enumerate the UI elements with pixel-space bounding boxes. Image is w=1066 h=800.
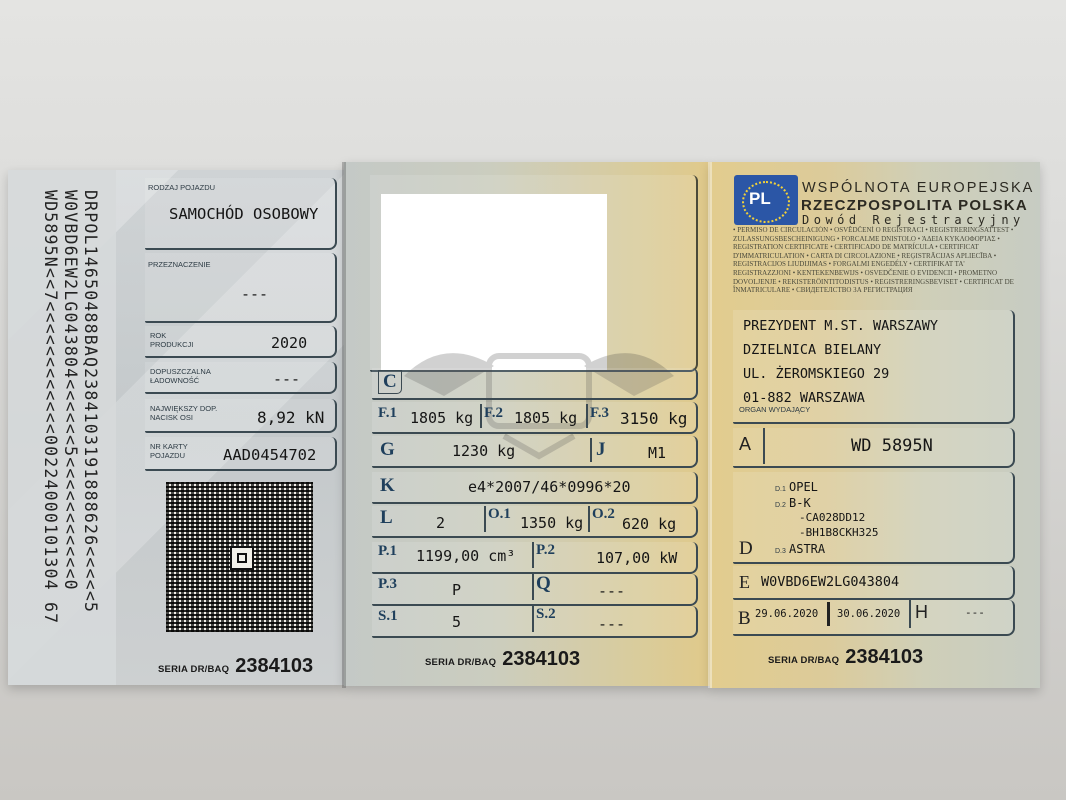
- vehicle-card-number-value: AAD0454702: [223, 446, 316, 464]
- Q-value: ---: [598, 582, 625, 600]
- payload-value: ---: [273, 370, 300, 388]
- F3-value: 3150 kg: [620, 409, 687, 428]
- O1-value: 1350 kg: [520, 514, 583, 532]
- fold-line: [708, 162, 712, 688]
- series-left: SERIA DR/BAQ2384103: [158, 655, 313, 678]
- O2-value: 620 kg: [622, 515, 676, 533]
- fold-line: [342, 162, 346, 688]
- field-B-I-H-dates: B 29.06.2020 30.06.2020 H ---: [733, 600, 1015, 636]
- redacted-photo: [381, 194, 607, 370]
- field-L-O: L 2 O.1 1350 kg O.2 620 kg: [372, 506, 698, 538]
- make-value: OPEL: [789, 480, 818, 494]
- registration-number-value: WD 5895N: [851, 436, 933, 456]
- field-F: F.1 1805 kg F.2 1805 kg F.3 3150 kg: [372, 402, 698, 434]
- L-value: 2: [436, 514, 445, 532]
- H-value: ---: [965, 606, 985, 619]
- field-axle-load: Największy dop. nacisk osi 8,92 kN: [145, 399, 337, 433]
- series-middle: SERIA DR/BAQ2384103: [425, 648, 580, 671]
- field-production-year: Rok produkcji 2020: [145, 326, 337, 358]
- field-P1-P2: P.1 1199,00 cm³ P.2 107,00 kW: [372, 542, 698, 574]
- multilingual-title-text: • Permiso de circulación • Osvědčení o r…: [733, 226, 1016, 298]
- qr-code: [166, 482, 313, 632]
- K-value: e4*2007/46*0996*20: [468, 478, 631, 496]
- P2-value: 107,00 kW: [596, 549, 677, 567]
- type-value: B-K: [789, 496, 811, 510]
- field-S: S.1 5 S.2 ---: [372, 606, 698, 638]
- mrz-zone: DRPOL14650488BAQ2384103191888626<<<<<5 W…: [20, 190, 110, 660]
- mrz-line-1: DRPOL14650488BAQ2384103191888626<<<<<5: [81, 190, 100, 613]
- field-payload: Dopuszczalna ładowność ---: [145, 362, 337, 394]
- field-D-make-model: D D.1 OPEL D.2 B-K -CA028DD12 -BH1B8CKH3…: [733, 472, 1015, 564]
- field-issuing-authority: PREZYDENT M.ST. WARSZAWY DZIELNICA BIELA…: [733, 310, 1015, 424]
- field-A-registration-number: A WD 5895N: [733, 428, 1015, 468]
- qr-finder-icon: [230, 546, 254, 570]
- field-K: K e4*2007/46*0996*20: [372, 472, 698, 504]
- J-value: M1: [648, 444, 666, 462]
- header-document-title: Dowód Rejestracyjny: [802, 213, 1025, 227]
- model-value: ASTRA: [789, 542, 825, 556]
- issue-date: 30.06.2020: [837, 608, 900, 620]
- purpose-value: ---: [241, 285, 268, 303]
- axle-load-value: 8,92 kN: [257, 408, 324, 427]
- header-eu: WSPÓLNOTA EUROPEJSKA: [802, 180, 1034, 196]
- field-vehicle-card-number: Nr karty pojazdu AAD0454702: [145, 437, 337, 471]
- first-registration-date: 29.06.2020: [755, 608, 818, 620]
- P3-value: P: [452, 581, 461, 599]
- P1-value: 1199,00 cm³: [416, 547, 515, 565]
- F2-value: 1805 kg: [514, 409, 577, 427]
- field-vehicle-type: Rodzaj pojazdu SAMOCHÓD OSOBOWY: [145, 178, 337, 250]
- mrz-line-3: WD5895N<<7<<<<<<<<<<<<00224000101304 67: [41, 190, 60, 624]
- mrz-line-2: W0VBD6EW2LG043804<<<<<<5<<<<<<<<<<<0: [61, 190, 80, 591]
- vin-value: W0VBD6EW2LG043804: [761, 574, 899, 590]
- F1-value: 1805 kg: [410, 409, 473, 427]
- field-E-vin: E W0VBD6EW2LG043804: [733, 566, 1015, 600]
- S1-value: 5: [452, 613, 461, 631]
- S2-value: ---: [598, 615, 625, 633]
- vehicle-type-value: SAMOCHÓD OSOBOWY: [169, 205, 318, 223]
- field-purpose: Przeznaczenie ---: [145, 253, 337, 323]
- header-country: RZECZPOSPOLITA POLSKA: [801, 197, 1028, 214]
- series-right: SERIA DR/BAQ2384103: [768, 646, 923, 669]
- G-value: 1230 kg: [452, 442, 515, 460]
- field-G-J: G 1230 kg J M1: [372, 436, 698, 468]
- eu-flag-icon: PL: [734, 175, 798, 225]
- field-C: C: [372, 368, 698, 400]
- production-year-value: 2020: [271, 334, 307, 352]
- field-P3-Q: P.3 P Q ---: [372, 574, 698, 606]
